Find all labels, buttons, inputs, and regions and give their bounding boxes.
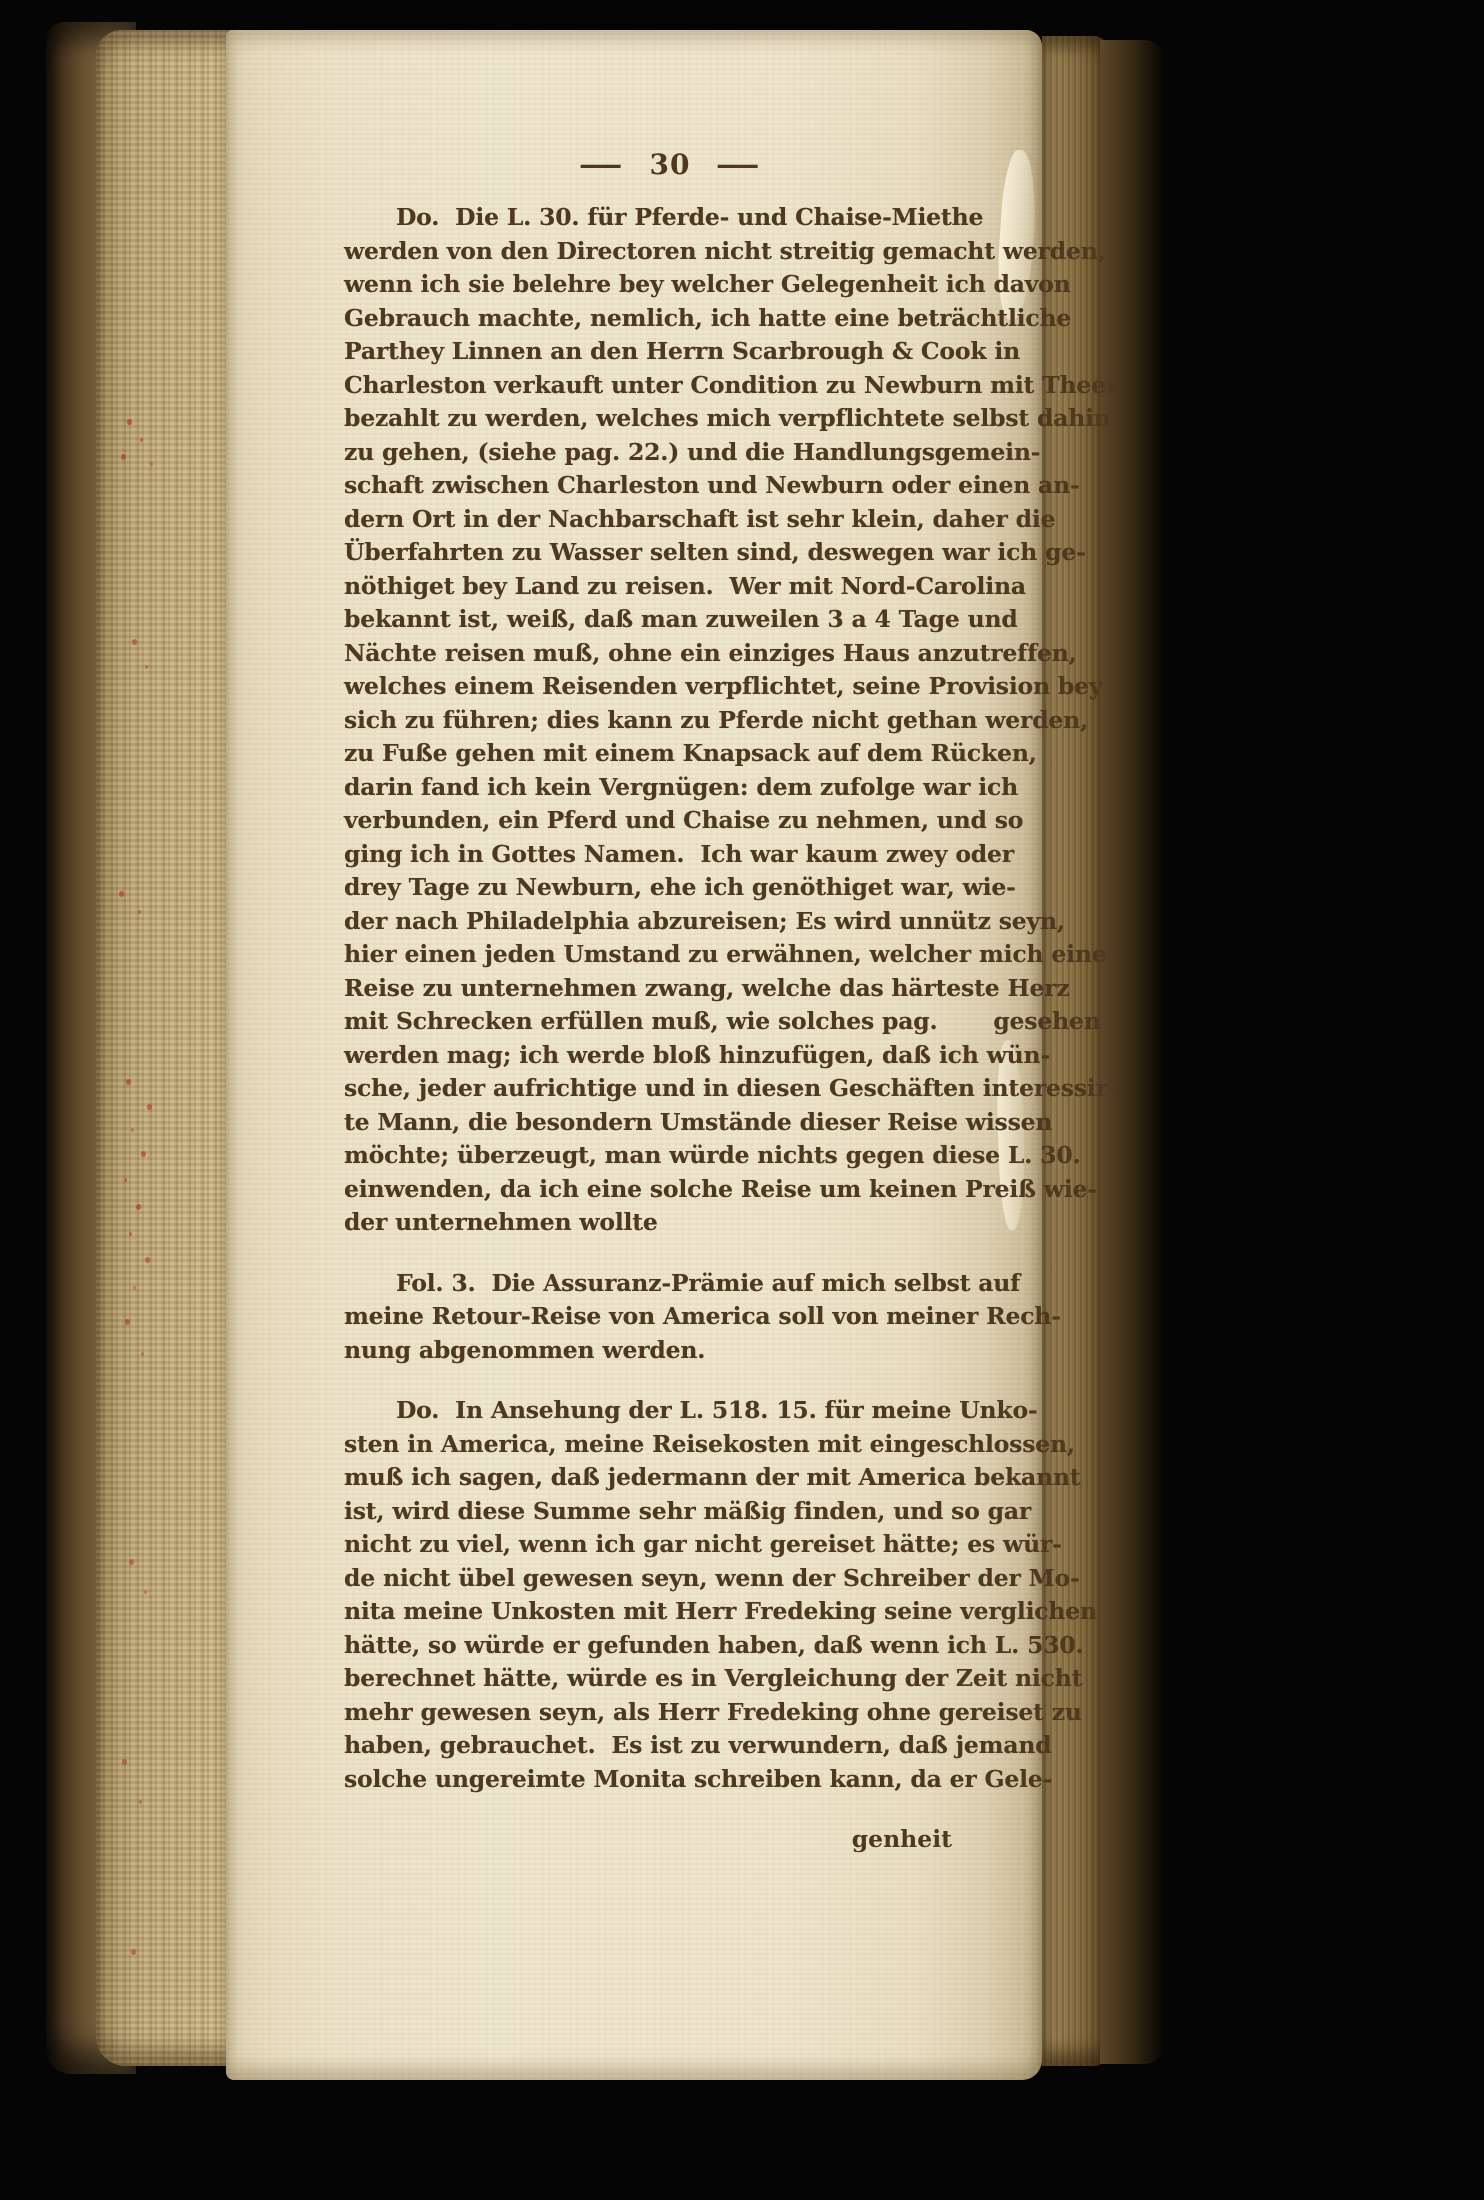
text-line: ging ich in Gottes Namen. Ich war kaum z… <box>344 838 996 872</box>
text-line: Fol. 3. Die Assuranz-Prämie auf mich sel… <box>344 1267 996 1301</box>
text-line: dern Ort in der Nachbarschaft ist sehr k… <box>344 503 996 537</box>
header-dash-left: — <box>578 148 624 181</box>
text-line: Gebrauch machte, nemlich, ich hatte eine… <box>344 302 996 336</box>
text-line: hätte, so würde er gefunden haben, daß w… <box>344 1629 996 1663</box>
text-line: werden mag; ich werde bloß hinzufügen, d… <box>344 1039 996 1073</box>
paragraph-1: Do. Die L. 30. für Pferde- und Chaise-Mi… <box>344 201 996 1240</box>
text-line: Nächte reisen muß, ohne ein einziges Hau… <box>344 637 996 671</box>
text-line: verbunden, ein Pferd und Chaise zu nehme… <box>344 804 996 838</box>
text-line: solche ungereimte Monita schreiben kann,… <box>344 1763 996 1797</box>
text-line: nita meine Unkosten mit Herr Fredeking s… <box>344 1595 996 1629</box>
paragraph-2: Fol. 3. Die Assuranz-Prämie auf mich sel… <box>344 1267 996 1368</box>
text-line: drey Tage zu Newburn, ehe ich genöthiget… <box>344 871 996 905</box>
header-dash-right: — <box>716 148 762 181</box>
book-cover-right-edge <box>1100 40 1164 2064</box>
text-line: Do. Die L. 30. für Pferde- und Chaise-Mi… <box>344 201 996 235</box>
text-line: bekannt ist, weiß, daß man zuweilen 3 a … <box>344 603 996 637</box>
text-line: Reise zu unternehmen zwang, welche das h… <box>344 972 996 1006</box>
text-line: Überfahrten zu Wasser selten sind, deswe… <box>344 536 996 570</box>
text-line: darin fand ich kein Vergnügen: dem zufol… <box>344 771 996 805</box>
text-line: Parthey Linnen an den Herrn Scarbrough &… <box>344 335 996 369</box>
text-line: schaft zwischen Charleston und Newburn o… <box>344 469 996 503</box>
text-line: welches einem Reisenden verpflichtet, se… <box>344 670 996 704</box>
text-line: Charleston verkauft unter Condition zu N… <box>344 369 996 403</box>
text-line: zu gehen, (siehe pag. 22.) und die Handl… <box>344 436 996 470</box>
text-line: mehr gewesen seyn, als Herr Fredeking oh… <box>344 1696 996 1730</box>
text-line: der nach Philadelphia abzureisen; Es wir… <box>344 905 996 939</box>
text-line: mit Schrecken erfüllen muß, wie solches … <box>344 1005 996 1039</box>
text-line: Do. In Ansehung der L. 518. 15. für mein… <box>344 1394 996 1428</box>
text-line: ist, wird diese Summe sehr mäßig finden,… <box>344 1495 996 1529</box>
text-line: einwenden, da ich eine solche Reise um k… <box>344 1173 996 1207</box>
page-header: — 30 — <box>344 148 996 181</box>
text-line: möchte; überzeugt, man würde nichts gege… <box>344 1139 996 1173</box>
text-line: de nicht übel gewesen seyn, wenn der Sch… <box>344 1562 996 1596</box>
text-line: muß ich sagen, daß jedermann der mit Ame… <box>344 1461 996 1495</box>
text-line: te Mann, die besondern Umstände dieser R… <box>344 1106 996 1140</box>
text-line: werden von den Directoren nicht streitig… <box>344 235 996 269</box>
text-line: hier einen jeden Umstand zu erwähnen, we… <box>344 938 996 972</box>
text-line: zu Fuße gehen mit einem Knapsack auf dem… <box>344 737 996 771</box>
text-line: nöthiget bey Land zu reisen. Wer mit Nor… <box>344 570 996 604</box>
text-line: wenn ich sie belehre bey welcher Gelegen… <box>344 268 996 302</box>
paragraph-3: Do. In Ansehung der L. 518. 15. für mein… <box>344 1394 996 1796</box>
text-body: Do. Die L. 30. für Pferde- und Chaise-Mi… <box>344 201 996 1796</box>
page-number: 30 <box>650 148 691 181</box>
text-line: nicht zu viel, wenn ich gar nicht gereis… <box>344 1528 996 1562</box>
text-line: der unternehmen wollte <box>344 1206 996 1240</box>
red-edge-speckles <box>0 0 3 4</box>
text-line: sche, jeder aufrichtige und in diesen Ge… <box>344 1072 996 1106</box>
text-line: sten in America, meine Reisekosten mit e… <box>344 1428 996 1462</box>
text-line: haben, gebrauchet. Es ist zu verwundern,… <box>344 1729 996 1763</box>
text-line: nung abgenommen werden. <box>344 1334 996 1368</box>
right-page-edges <box>1042 36 1108 2066</box>
text-line: bezahlt zu werden, welches mich verpflic… <box>344 402 996 436</box>
page-stack-texture <box>96 30 236 2066</box>
catchword: genheit <box>344 1823 996 1857</box>
text-line: sich zu führen; dies kann zu Pferde nich… <box>344 704 996 738</box>
text-line: berechnet hätte, würde es in Vergleichun… <box>344 1662 996 1696</box>
text-line: meine Retour-Reise von America soll von … <box>344 1300 996 1334</box>
printed-text-block: — 30 — Do. Die L. 30. für Pferde- und Ch… <box>344 148 996 1857</box>
book-photo: — 30 — Do. Die L. 30. für Pferde- und Ch… <box>0 0 1484 2200</box>
